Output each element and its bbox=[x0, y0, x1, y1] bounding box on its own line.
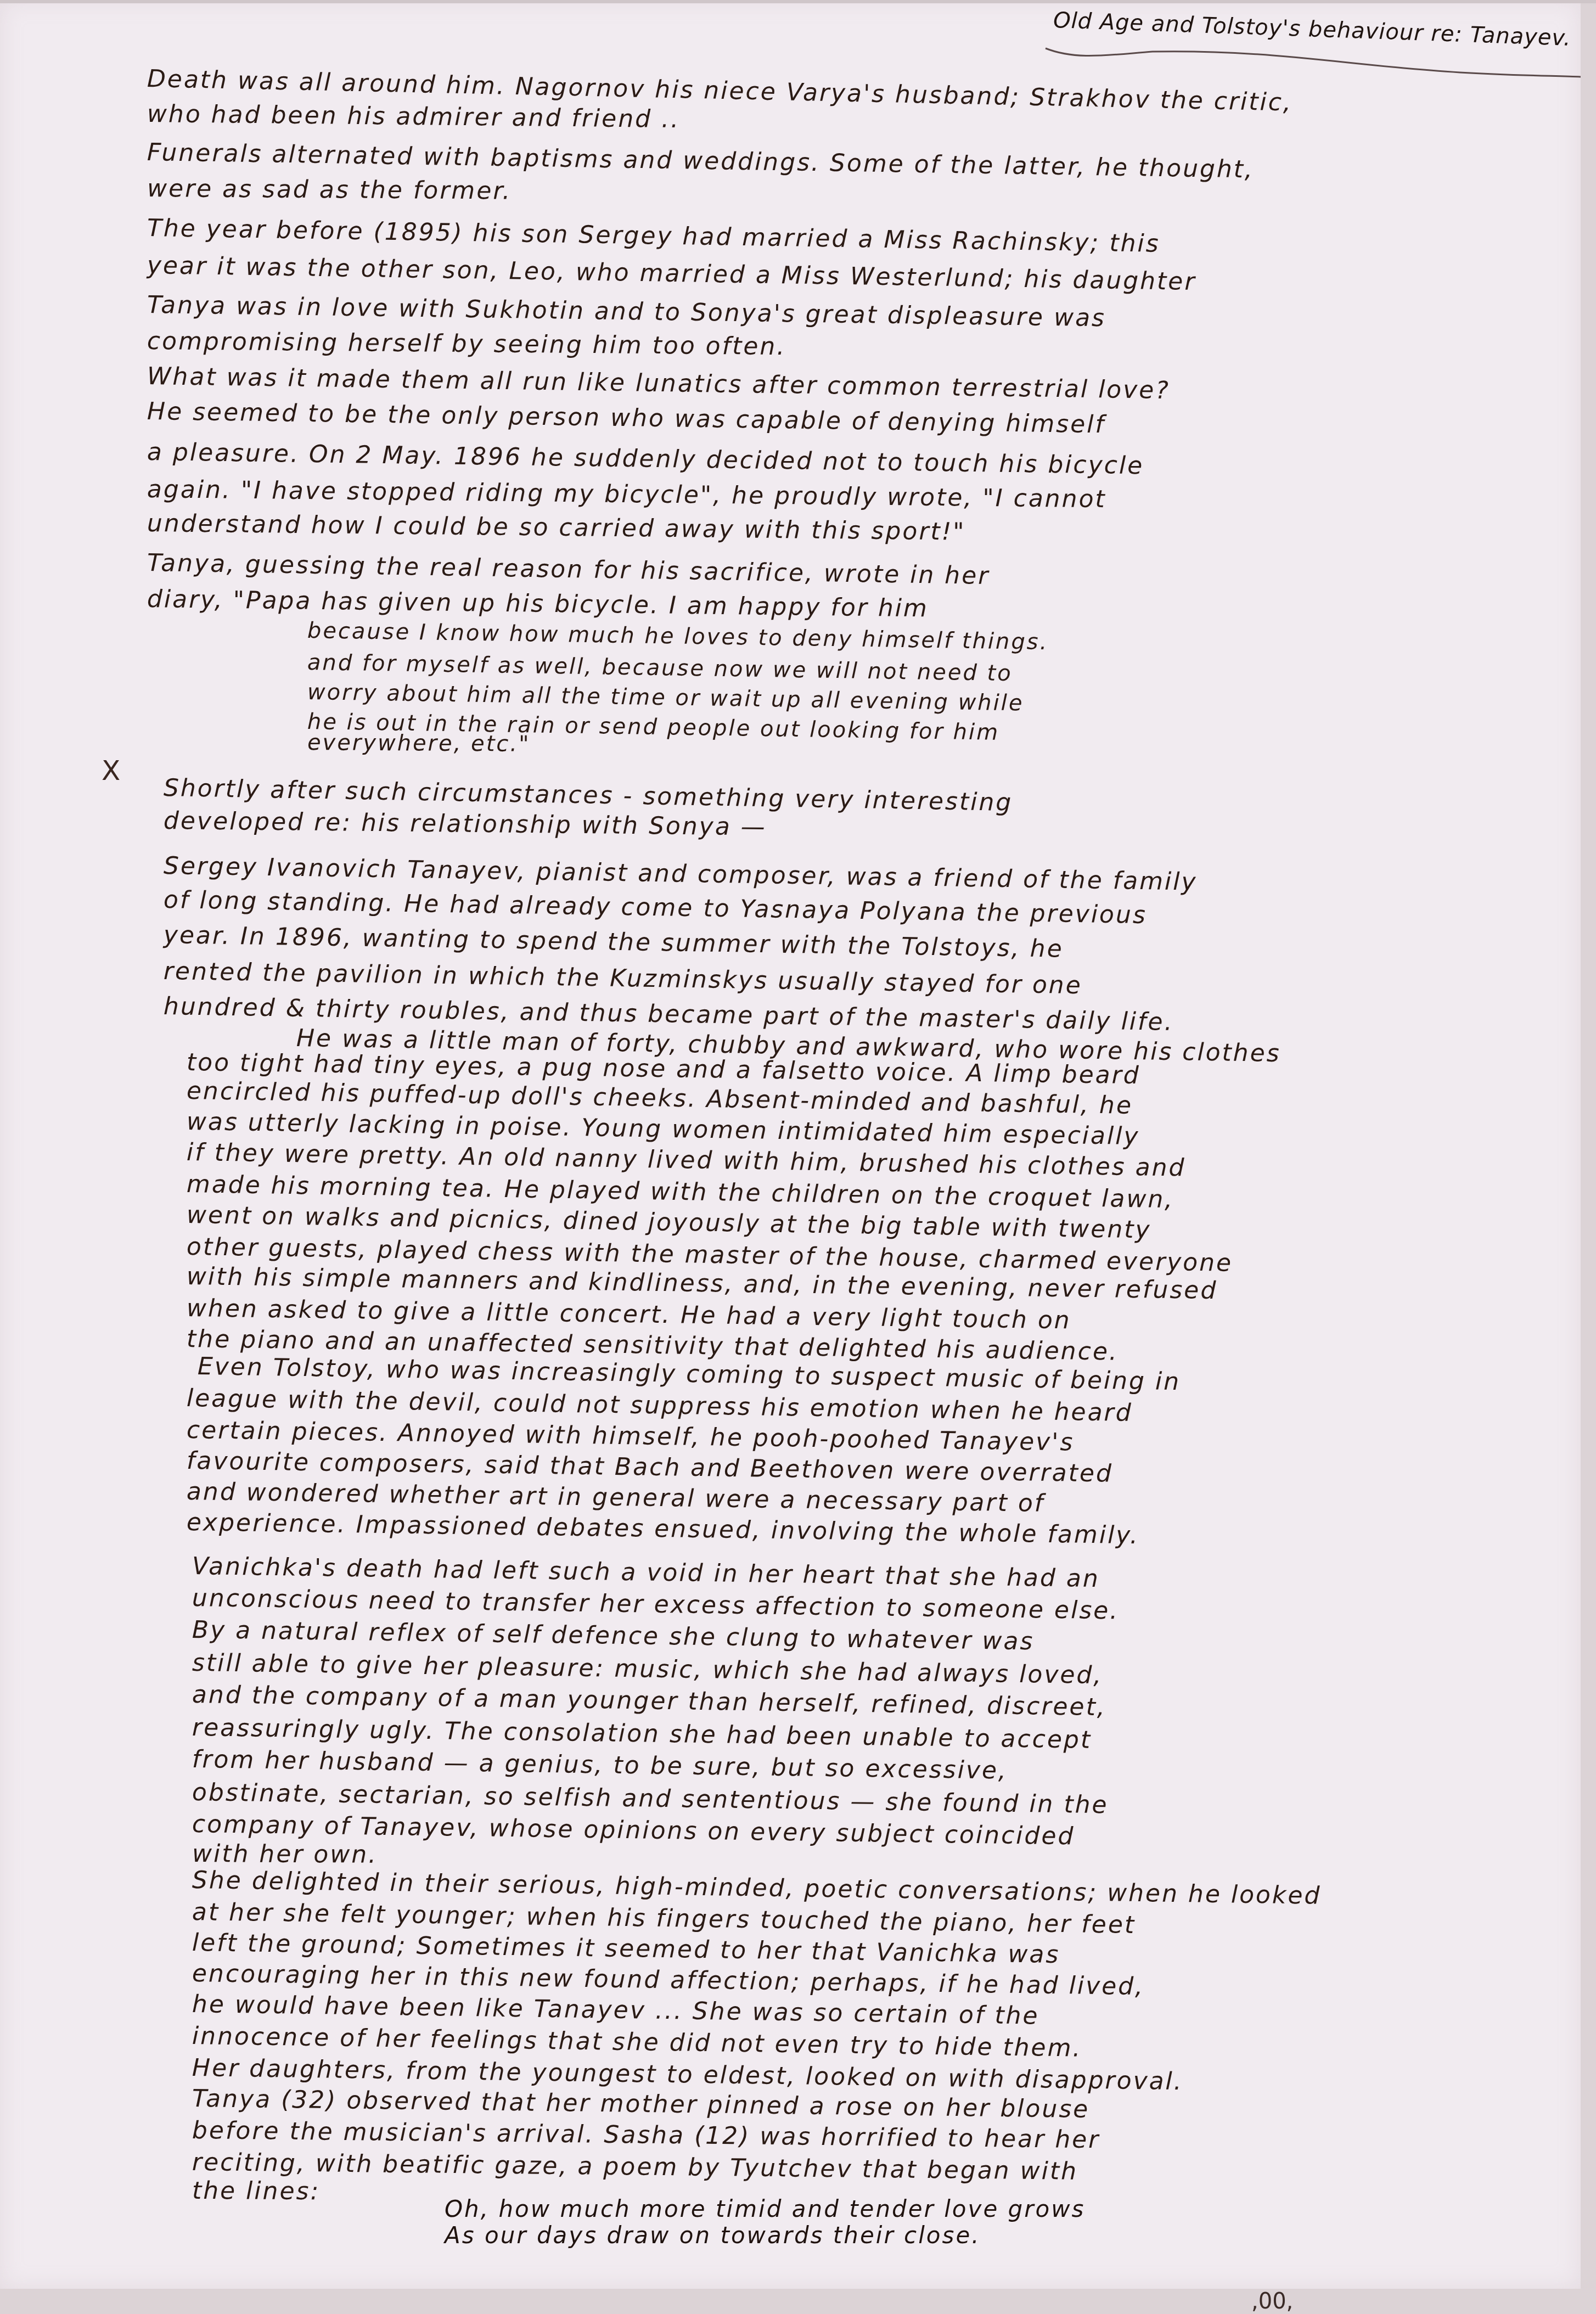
poem-line: As our days draw on towards their close. bbox=[445, 2222, 981, 2249]
handwritten-line: compromising herself by seeing him too o… bbox=[147, 327, 786, 361]
sheet-top-edge bbox=[0, 0, 1596, 3]
handwritten-line: who had been his admirer and friend .. bbox=[147, 100, 681, 133]
handwritten-line: with her own. bbox=[192, 1840, 378, 1869]
handwritten-line: everywhere, etc." bbox=[307, 730, 531, 757]
poem-line: Oh, how much more timid and tender love … bbox=[445, 2195, 1085, 2222]
page-number: ,00, bbox=[1251, 2289, 1293, 2314]
margin-x-mark: X bbox=[102, 755, 120, 787]
header-underline bbox=[1043, 44, 1581, 82]
handwritten-line: were as sad as the former. bbox=[147, 175, 512, 205]
handwritten-line: the lines: bbox=[192, 2177, 321, 2205]
